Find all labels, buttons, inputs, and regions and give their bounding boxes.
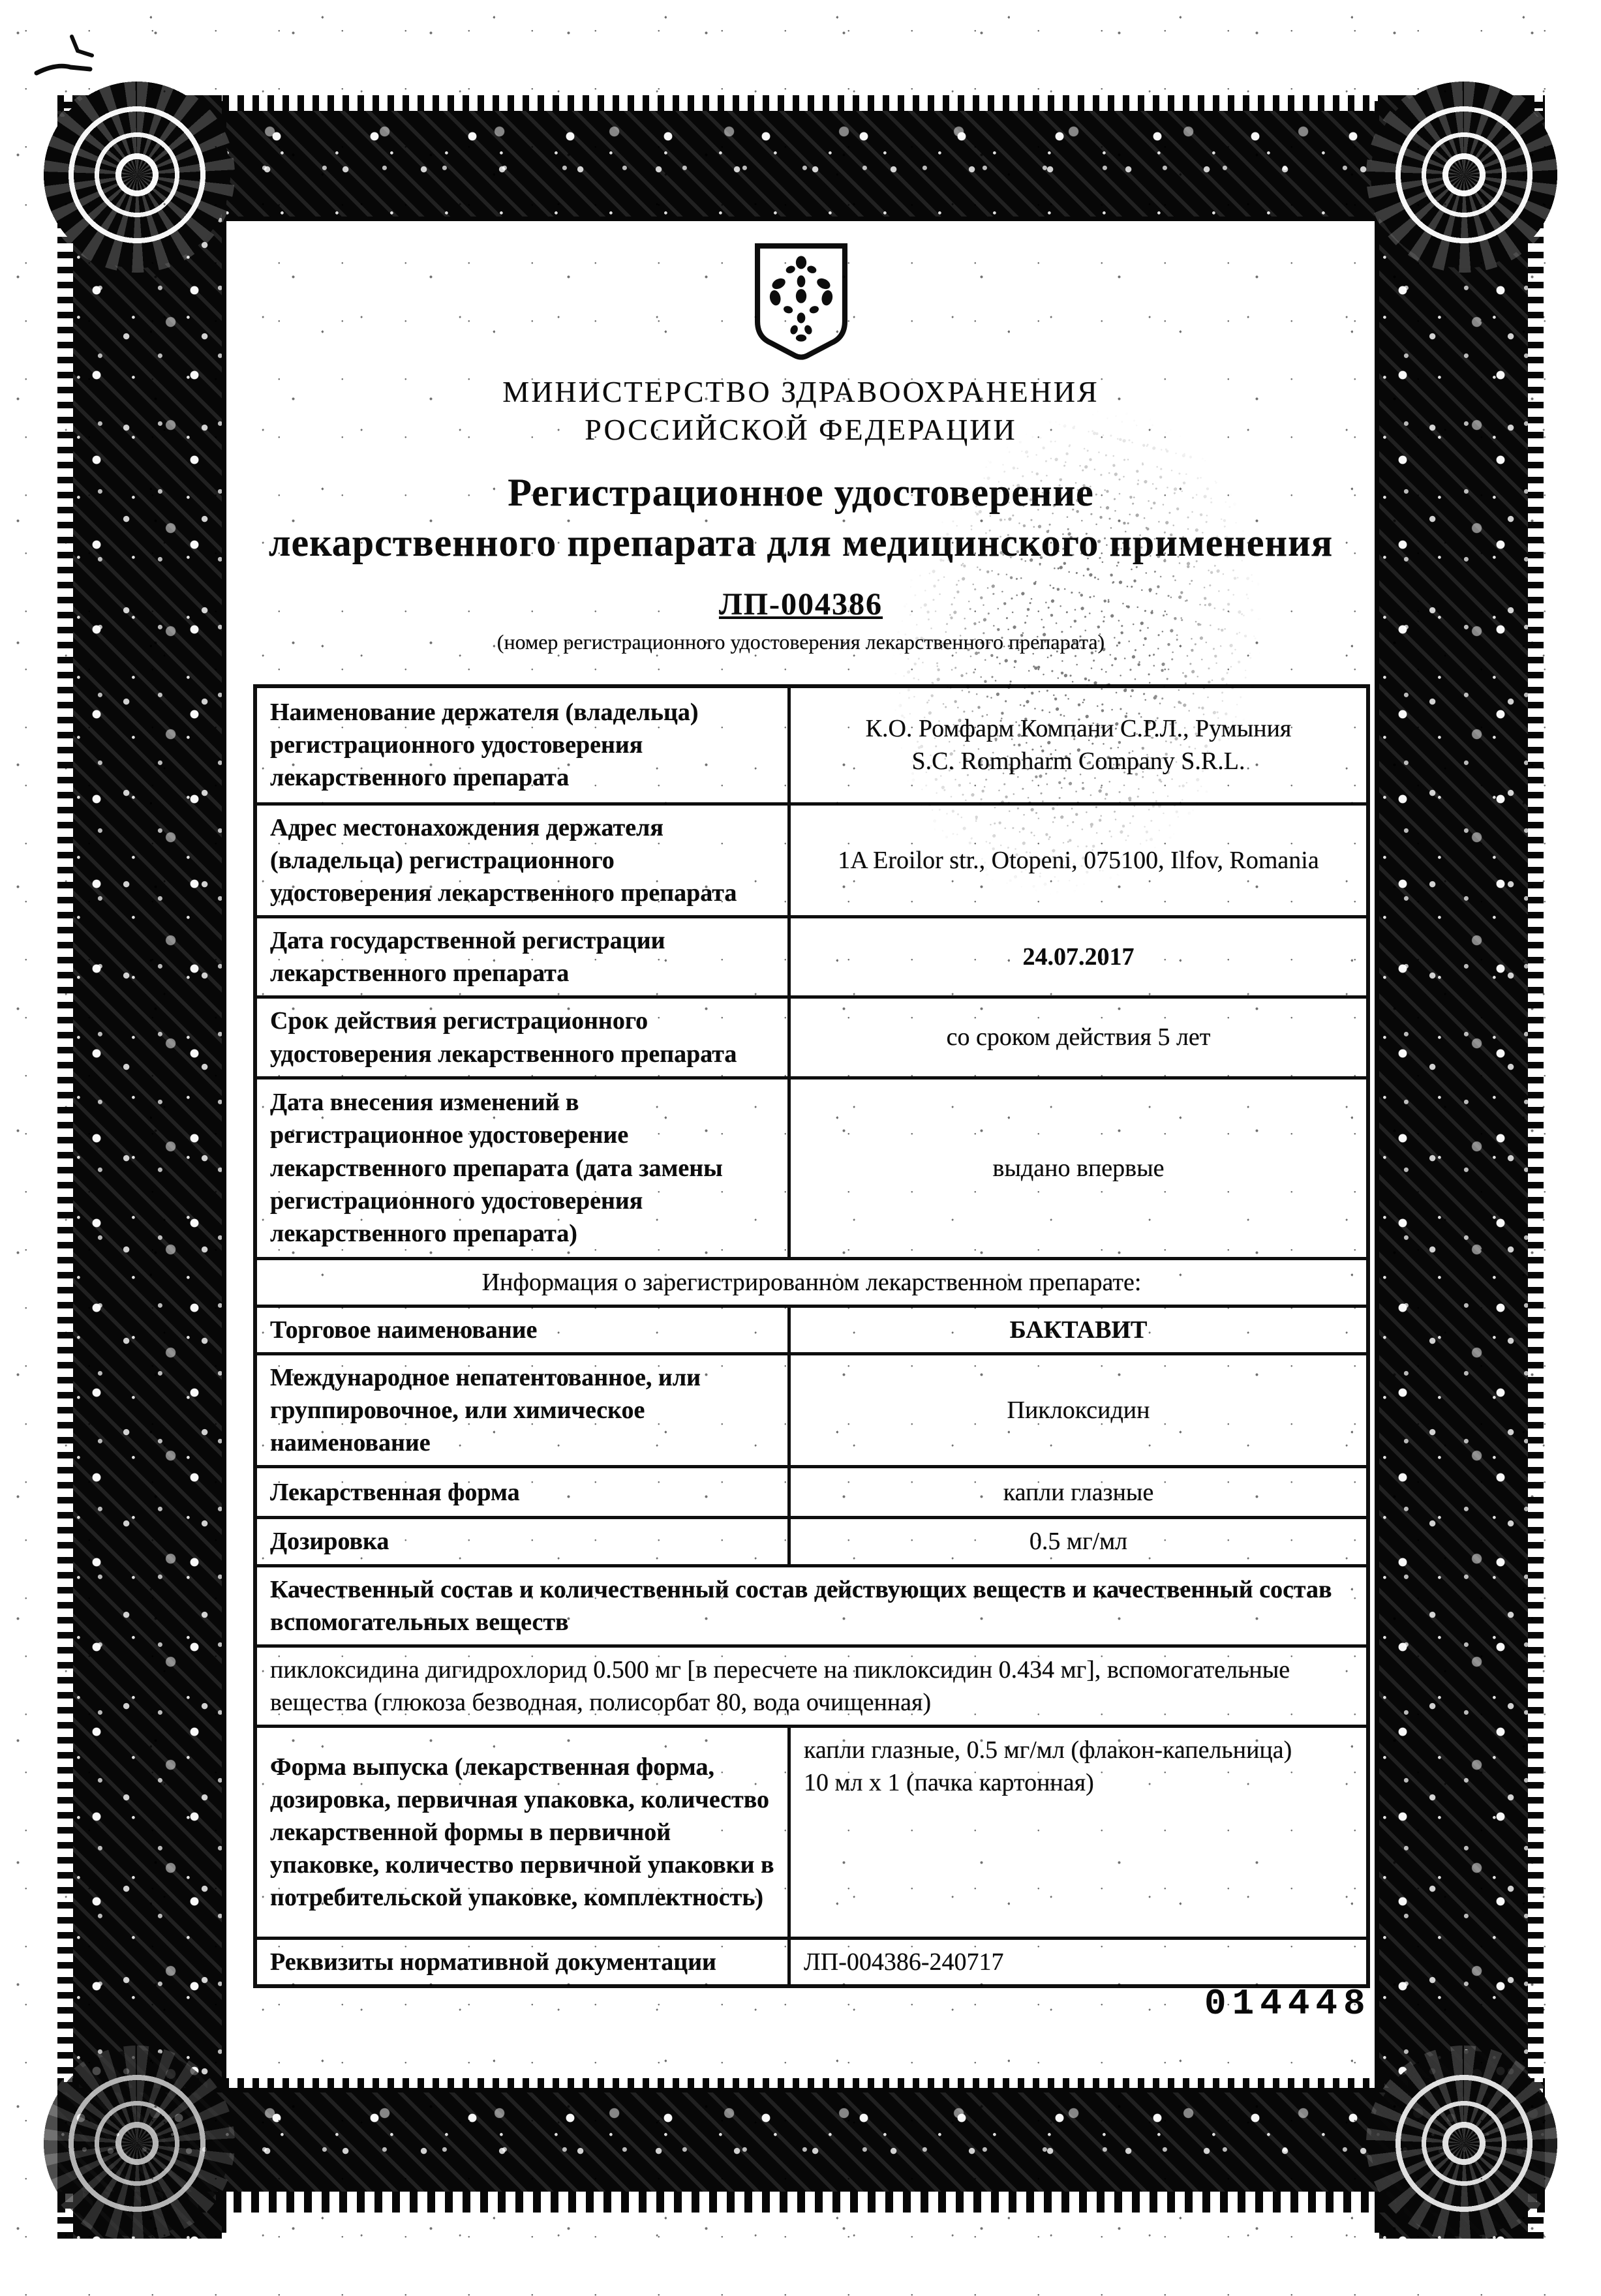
ministry-line-1: МИНИСТЕРСТВО ЗДРАВООХРАНЕНИЯ xyxy=(225,373,1377,411)
row-value: со сроком действия 5 лет xyxy=(791,999,1366,1076)
section-header: Информация о зарегистрированном лекарств… xyxy=(257,1260,1366,1305)
row-label: Лекарственная форма xyxy=(257,1468,791,1516)
composition-heading: Качественный состав и количественный сос… xyxy=(257,1567,1366,1644)
row-label: Торговое наименование xyxy=(257,1308,791,1352)
row-value: 24.07.2017 xyxy=(791,918,1366,995)
row-value: капли глазные, 0.5 мг/мл (флакон-капельн… xyxy=(791,1728,1366,1937)
frame-band-bottom xyxy=(57,2092,1545,2192)
ministry-name: МИНИСТЕРСТВО ЗДРАВООХРАНЕНИЯ РОССИЙСКОЙ … xyxy=(225,373,1377,448)
document-title-line-2: лекарственного препарата для медицинског… xyxy=(225,518,1377,568)
row-value: выдано впервые xyxy=(791,1080,1366,1257)
handwritten-mark-icon xyxy=(30,31,128,97)
table-row: Дата внесения изменений в регистрационно… xyxy=(257,1076,1366,1257)
scanned-registration-certificate: МИНИСТЕРСТВО ЗДРАВООХРАНЕНИЯ РОССИЙСКОЙ … xyxy=(0,0,1601,2296)
frame-border-bottom xyxy=(57,2078,1545,2239)
blank-serial-number: 014448 xyxy=(1204,1983,1371,2025)
row-value: К.О. Ромфарм Компани С.Р.Л., Румыния S.C… xyxy=(791,688,1366,802)
table-row: Дата государственной регистрации лекарст… xyxy=(257,915,1366,995)
registration-number-caption: (номер регистрационного удостоверения ле… xyxy=(225,630,1377,654)
row-value: капли глазные xyxy=(791,1468,1366,1516)
table-section-row: Информация о зарегистрированном лекарств… xyxy=(257,1257,1366,1305)
row-value: Пиклоксидин xyxy=(791,1355,1366,1465)
registration-number: ЛП-004386 xyxy=(225,586,1377,622)
frame-band-left xyxy=(73,95,222,2239)
ministry-line-2: РОССИЙСКОЙ ФЕДЕРАЦИИ xyxy=(225,411,1377,449)
row-label: Дозировка xyxy=(257,1519,791,1563)
frame-border-top xyxy=(57,95,1545,234)
table-row: Реквизиты нормативной документации ЛП-00… xyxy=(257,1937,1366,1984)
row-label: Адрес местонахождения держателя (владель… xyxy=(257,806,791,915)
row-value: 1A Eroilor str., Otopeni, 075100, Ilfov,… xyxy=(791,806,1366,915)
table-row: Дозировка 0.5 мг/мл xyxy=(257,1516,1366,1563)
table-row: Адрес местонахождения держателя (владель… xyxy=(257,802,1366,915)
registration-details-table: Наименование держателя (владельца) регис… xyxy=(253,684,1370,1989)
frame-band-top xyxy=(57,111,1545,217)
rosette-corner-bottom-left-icon xyxy=(39,2046,235,2241)
document-title-line-1: Регистрационное удостоверение xyxy=(225,468,1377,518)
russian-coat-of-arms-icon xyxy=(749,240,853,364)
row-value: ЛП-004386-240717 xyxy=(791,1940,1366,1984)
row-label: Наименование держателя (владельца) регис… xyxy=(257,688,791,802)
frame-band-right xyxy=(1379,95,1528,2239)
row-label: Международное непатентованное, или групп… xyxy=(257,1355,791,1465)
rosette-corner-top-left-icon xyxy=(39,77,235,273)
frame-fringe-right xyxy=(1528,95,1544,2239)
frame-fringe-bottom-outer xyxy=(57,2192,1545,2213)
row-label: Реквизиты нормативной документации xyxy=(257,1940,791,1984)
composition-text: пиклоксидина дигидрохлорид 0.500 мг [в п… xyxy=(257,1648,1366,1725)
frame-fringe-left xyxy=(57,95,73,2239)
row-value: 0.5 мг/мл xyxy=(791,1519,1366,1563)
table-row: Международное непатентованное, или групп… xyxy=(257,1352,1366,1465)
row-value: БАКТАВИТ xyxy=(791,1308,1366,1352)
rosette-corner-top-right-icon xyxy=(1366,77,1562,273)
frame-fringe-bottom-inner xyxy=(57,2078,1545,2092)
row-label: Форма выпуска (лекарственная форма, дози… xyxy=(257,1728,791,1937)
frame-fringe-top xyxy=(57,95,1545,111)
document-title: Регистрационное удостоверение лекарствен… xyxy=(225,468,1377,568)
table-row: Форма выпуска (лекарственная форма, дози… xyxy=(257,1725,1366,1937)
frame-border-left xyxy=(57,95,222,2239)
table-row: Срок действия регистрационного удостовер… xyxy=(257,995,1366,1076)
table-row: Наименование держателя (владельца) регис… xyxy=(257,688,1366,802)
frame-border-right xyxy=(1379,95,1544,2239)
document-content: МИНИСТЕРСТВО ЗДРАВООХРАНЕНИЯ РОССИЙСКОЙ … xyxy=(225,215,1377,1988)
document-header: МИНИСТЕРСТВО ЗДРАВООХРАНЕНИЯ РОССИЙСКОЙ … xyxy=(225,240,1377,654)
row-label: Дата государственной регистрации лекарст… xyxy=(257,918,791,995)
row-label: Срок действия регистрационного удостовер… xyxy=(257,999,791,1076)
table-row: Лекарственная форма капли глазные xyxy=(257,1465,1366,1516)
row-label: Дата внесения изменений в регистрационно… xyxy=(257,1080,791,1257)
table-full-row: Качественный состав и количественный сос… xyxy=(257,1564,1366,1644)
table-full-row: пиклоксидина дигидрохлорид 0.500 мг [в п… xyxy=(257,1644,1366,1725)
table-row: Торговое наименование БАКТАВИТ xyxy=(257,1305,1366,1352)
rosette-corner-bottom-right-icon xyxy=(1366,2046,1562,2241)
